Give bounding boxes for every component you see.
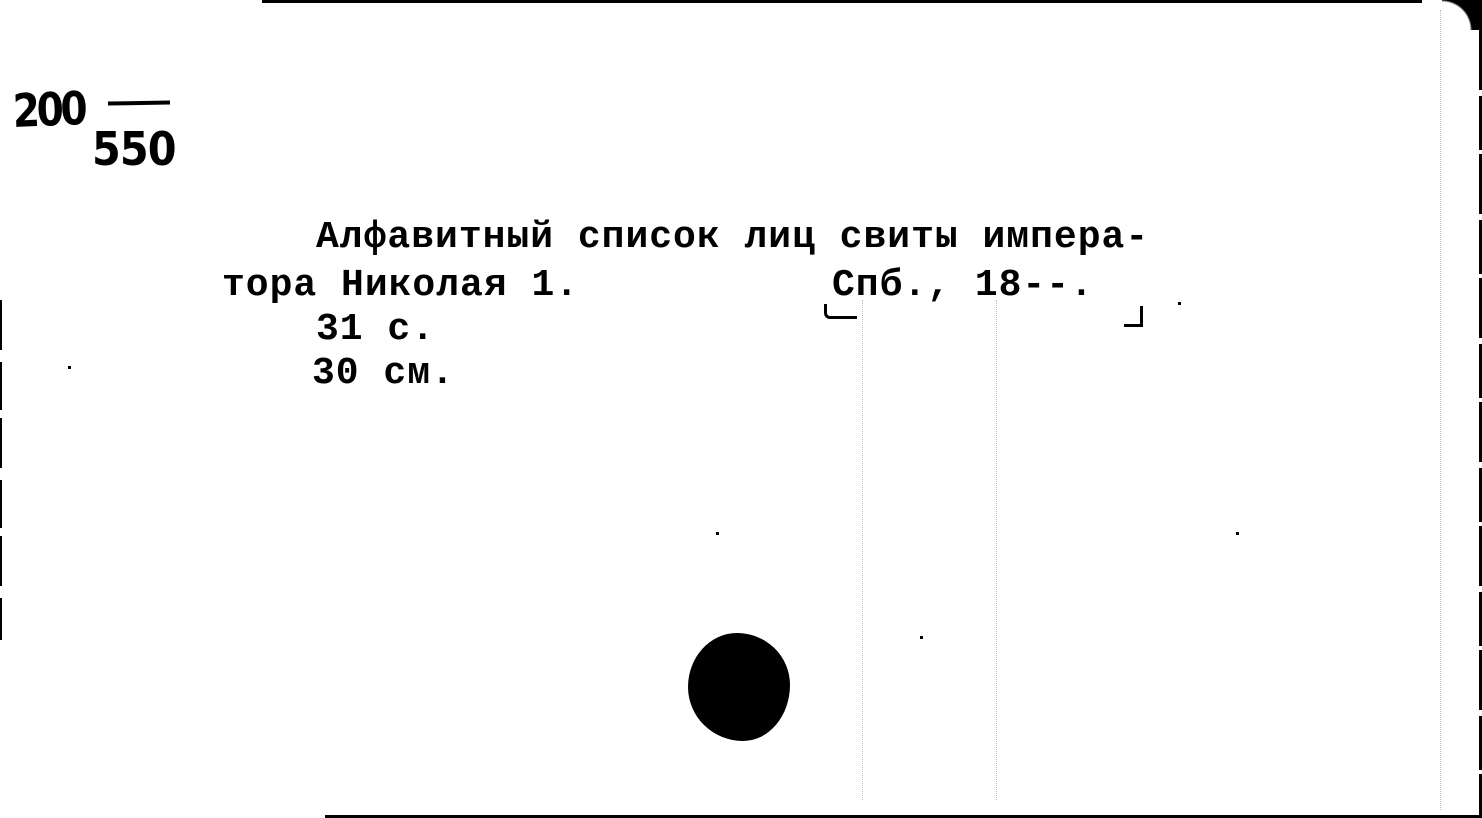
scan-speck — [68, 366, 71, 369]
imprint-bracket-close — [1124, 306, 1143, 327]
imprint: Спб., 18--. — [832, 264, 1094, 307]
card-corner — [1442, 0, 1482, 30]
call-number-fraction-bar — [108, 100, 170, 105]
scan-speck — [1236, 532, 1239, 535]
call-number-bottom: 550 — [92, 122, 176, 176]
scan-guide-line — [996, 300, 998, 800]
scan-guide-line — [862, 300, 864, 800]
scan-speck — [920, 636, 923, 639]
card-edge-top — [262, 0, 1422, 3]
imprint-bracket-open — [824, 304, 857, 319]
dimensions: 30 см. — [312, 352, 455, 395]
card-edge-left — [0, 300, 2, 640]
scan-guide-line — [1440, 10, 1442, 810]
catalog-card: 200 550 Алфавитный список лиц свиты импе… — [0, 0, 1482, 818]
call-number-top: 200 — [12, 81, 85, 138]
punch-hole — [688, 633, 790, 741]
title-line-1: Алфавитный список лиц свиты импера- — [316, 216, 1149, 259]
title-line-2: тора Николая 1. — [222, 264, 579, 307]
scan-speck — [1178, 302, 1181, 305]
scan-speck — [716, 532, 719, 535]
pagination: 31 с. — [316, 308, 435, 351]
